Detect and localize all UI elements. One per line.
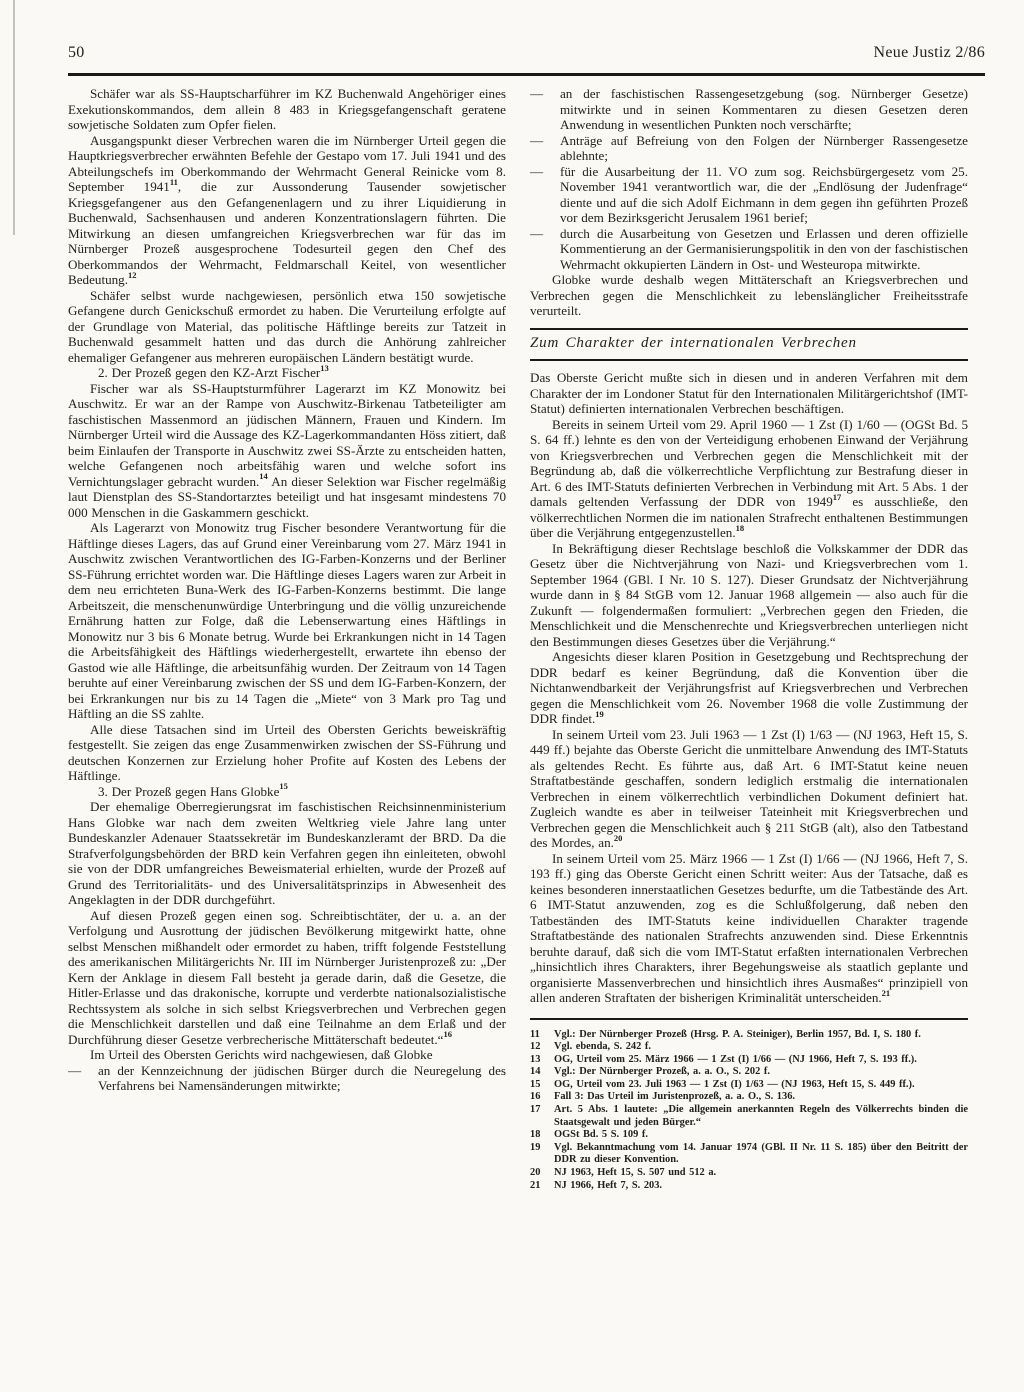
footnote-number: 20 [530,1167,554,1180]
paragraph: Das Oberste Gericht mußte sich in diesen… [530,370,968,417]
sub-heading: 3. Der Prozeß gegen Hans Globke15 [68,784,506,800]
footnote-number: 12 [530,1041,554,1054]
footnote-number: 15 [530,1079,554,1092]
paragraph: Alle diese Tatsachen sind im Urteil des … [68,722,506,784]
footnote-number: 16 [530,1091,554,1104]
footnote-text: Vgl. Bekanntmachung vom 14. Januar 1974 … [554,1142,968,1167]
footnote: 21NJ 1966, Heft 7, S. 203. [530,1180,968,1193]
footnote-marker: 11 [170,177,178,187]
footnote: 11Vgl.: Der Nürnberger Prozeß (Hrsg. P. … [530,1029,968,1042]
paragraph: Globke wurde deshalb wegen Mittäterschaf… [530,272,968,319]
paragraph: In seinem Urteil vom 23. Juli 1963 — 1 Z… [530,727,968,851]
dash-bullet: — [68,1063,81,1079]
footnote: 16Fall 3: Das Urteil im Juristenprozeß, … [530,1091,968,1104]
dash-bullet: — [530,133,543,149]
list-item: —an der faschistischen Rassengesetzgebun… [530,86,968,133]
journal-title: Neue Justiz 2/86 [874,44,985,62]
dash-bullet: — [530,164,543,180]
footnote-text: Vgl.: Der Nürnberger Prozeß, a. a. O., S… [554,1066,968,1079]
right-column: —an der faschistischen Rassengesetzgebun… [530,86,968,1382]
footnote: 12Vgl. ebenda, S. 242 f. [530,1041,968,1054]
list-item-text: an der Kennzeichnung der jüdischen Bürge… [98,1063,506,1094]
list-item-text: an der faschistischen Rassengesetzgebung… [560,86,968,132]
footnote-number: 11 [530,1029,554,1042]
footnote: 15OG, Urteil vom 23. Juli 1963 — 1 Zst (… [530,1079,968,1092]
paragraph: Schäfer selbst wurde nachgewiesen, persö… [68,288,506,366]
footnote-marker: 15 [279,781,288,791]
paragraph: Ausgangspunkt dieser Verbrechen waren di… [68,133,506,288]
footnote-text: Vgl.: Der Nürnberger Prozeß (Hrsg. P. A.… [554,1029,968,1042]
list-item: —durch die Ausarbeitung von Gesetzen und… [530,226,968,273]
dash-bullet: — [530,86,543,102]
paragraph: Als Lagerarzt von Monowitz trug Fischer … [68,520,506,722]
footnote-marker: 19 [595,709,604,719]
footnote-separator-rule [530,1018,968,1020]
list-item-text: durch die Ausarbeitung von Gesetzen und … [560,226,968,272]
paragraph: Fischer war als SS-Hauptsturmführer Lage… [68,381,506,521]
footnote: 14Vgl.: Der Nürnberger Prozeß, a. a. O.,… [530,1066,968,1079]
document-page: 50 Neue Justiz 2/86 Schäfer war als SS-H… [0,0,1024,1392]
paragraph: Angesichts dieser klaren Position in Ges… [530,649,968,727]
footnote-number: 19 [530,1142,554,1167]
footnote-marker: 13 [320,363,329,373]
footnote-text: OGSt Bd. 5 S. 109 f. [554,1129,968,1142]
left-column: Schäfer war als SS-Hauptscharführer im K… [68,86,506,1382]
list-item: —für die Ausarbeitung der 11. VO zum sog… [530,164,968,226]
dash-bullet: — [530,226,543,242]
footnote-text: Fall 3: Das Urteil im Juristenprozeß, a.… [554,1091,968,1104]
footnote-text: NJ 1963, Heft 15, S. 507 und 512 a. [554,1167,968,1180]
footnote-text: NJ 1966, Heft 7, S. 203. [554,1180,968,1193]
footnote-number: 13 [530,1054,554,1067]
footnote: 18OGSt Bd. 5 S. 109 f. [530,1129,968,1142]
footnote-text: Vgl. ebenda, S. 242 f. [554,1041,968,1054]
paragraph: In Bekräftigung dieser Rechtslage beschl… [530,541,968,650]
footnote: 17Art. 5 Abs. 1 lautete: „Die allgemein … [530,1104,968,1129]
list-item: —Anträge auf Befreiung von den Folgen de… [530,133,968,164]
footnote-marker: 21 [882,988,891,998]
footnote-text: OG, Urteil vom 23. Juli 1963 — 1 Zst (I)… [554,1079,968,1092]
sub-heading: 2. Der Prozeß gegen den KZ-Arzt Fischer1… [68,365,506,381]
header-rule [68,73,985,76]
page-header: 50 Neue Justiz 2/86 [68,44,985,62]
footnote-number: 18 [530,1129,554,1142]
paragraph: Bereits in seinem Urteil vom 29. April 1… [530,417,968,541]
paragraph: Im Urteil des Obersten Gerichts wird nac… [68,1047,506,1063]
footnote-marker: 18 [736,523,745,533]
footnote-text: OG, Urteil vom 25. März 1966 — 1 Zst (I)… [554,1054,968,1067]
list-item: —an der Kennzeichnung der jüdischen Bürg… [68,1063,506,1094]
footnote-marker: 14 [259,471,268,481]
footnote: 20NJ 1963, Heft 15, S. 507 und 512 a. [530,1167,968,1180]
paragraph: In seinem Urteil vom 25. März 1966 — 1 Z… [530,851,968,1006]
footnote-marker: 20 [614,833,623,843]
list-item-text: für die Ausarbeitung der 11. VO zum sog.… [560,164,968,226]
footnote-marker: 17 [833,492,842,502]
section-heading: Zum Charakter der internationalen Verbre… [530,328,968,362]
paragraph: Der ehemalige Oberregierungsrat im fasch… [68,799,506,908]
footnote-number: 21 [530,1180,554,1193]
footnote: 19Vgl. Bekanntmachung vom 14. Januar 197… [530,1142,968,1167]
footnote: 13OG, Urteil vom 25. März 1966 — 1 Zst (… [530,1054,968,1067]
list-item-text: Anträge auf Befreiung von den Folgen der… [560,133,968,164]
two-column-body: Schäfer war als SS-Hauptscharführer im K… [68,86,968,1382]
paragraph: Auf diesen Prozeß gegen einen sog. Schre… [68,908,506,1048]
footnote-marker: 16 [444,1029,453,1039]
footnote-number: 17 [530,1104,554,1129]
footnote-marker: 12 [128,270,137,280]
scan-artifact-line [13,0,15,235]
footnote-number: 14 [530,1066,554,1079]
footnote-text: Art. 5 Abs. 1 lautete: „Die allgemein an… [554,1104,968,1129]
page-number: 50 [68,44,85,62]
paragraph: Schäfer war als SS-Hauptscharführer im K… [68,86,506,133]
